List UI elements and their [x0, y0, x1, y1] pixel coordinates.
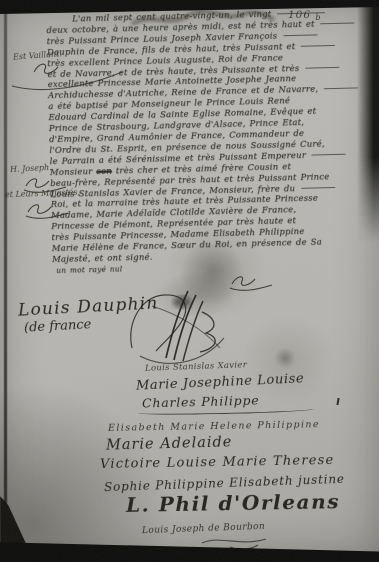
paraph-flourish [24, 201, 72, 219]
folio-value: 106 [288, 9, 311, 21]
margin-note: H. Joseph. [10, 163, 52, 174]
register-page: 106 b Est Vaillant. H. Joseph. et Leurs … [0, 0, 379, 562]
paper-stain [272, 346, 298, 370]
act-text: L'an mil sept cent quatre-vingt-un, le v… [46, 7, 370, 276]
signature-victoire: Victoire Louise Marie Therese [100, 453, 335, 472]
signature-louis-dauphin-line2: (de france [24, 317, 92, 336]
signature-flourish [122, 286, 242, 370]
dark-corner [0, 496, 28, 548]
ink-mark [336, 398, 339, 405]
struck-word: son [96, 166, 112, 176]
book-edge-shadow [357, 0, 379, 242]
signature-louis-stanislas-xavier: Louis Stanislas Xavier [145, 360, 247, 374]
signature-philippe-orleans: L. Phil d'Orleans [126, 489, 340, 517]
page-fold-edge [4, 0, 7, 562]
folio-number: 106 b [288, 9, 322, 22]
document-scan: 106 b Est Vaillant. H. Joseph. et Leurs … [0, 0, 379, 562]
paraph-flourish [8, 58, 126, 96]
signature-elisabeth: Elisabeth Marie Helene Philippine [108, 419, 320, 434]
signature-marie-josephine-louise: Marie Josephine Louise [136, 371, 305, 393]
folio-mark: b [315, 13, 321, 22]
signature-marie-adelaide: Marie Adelaide [106, 434, 233, 453]
